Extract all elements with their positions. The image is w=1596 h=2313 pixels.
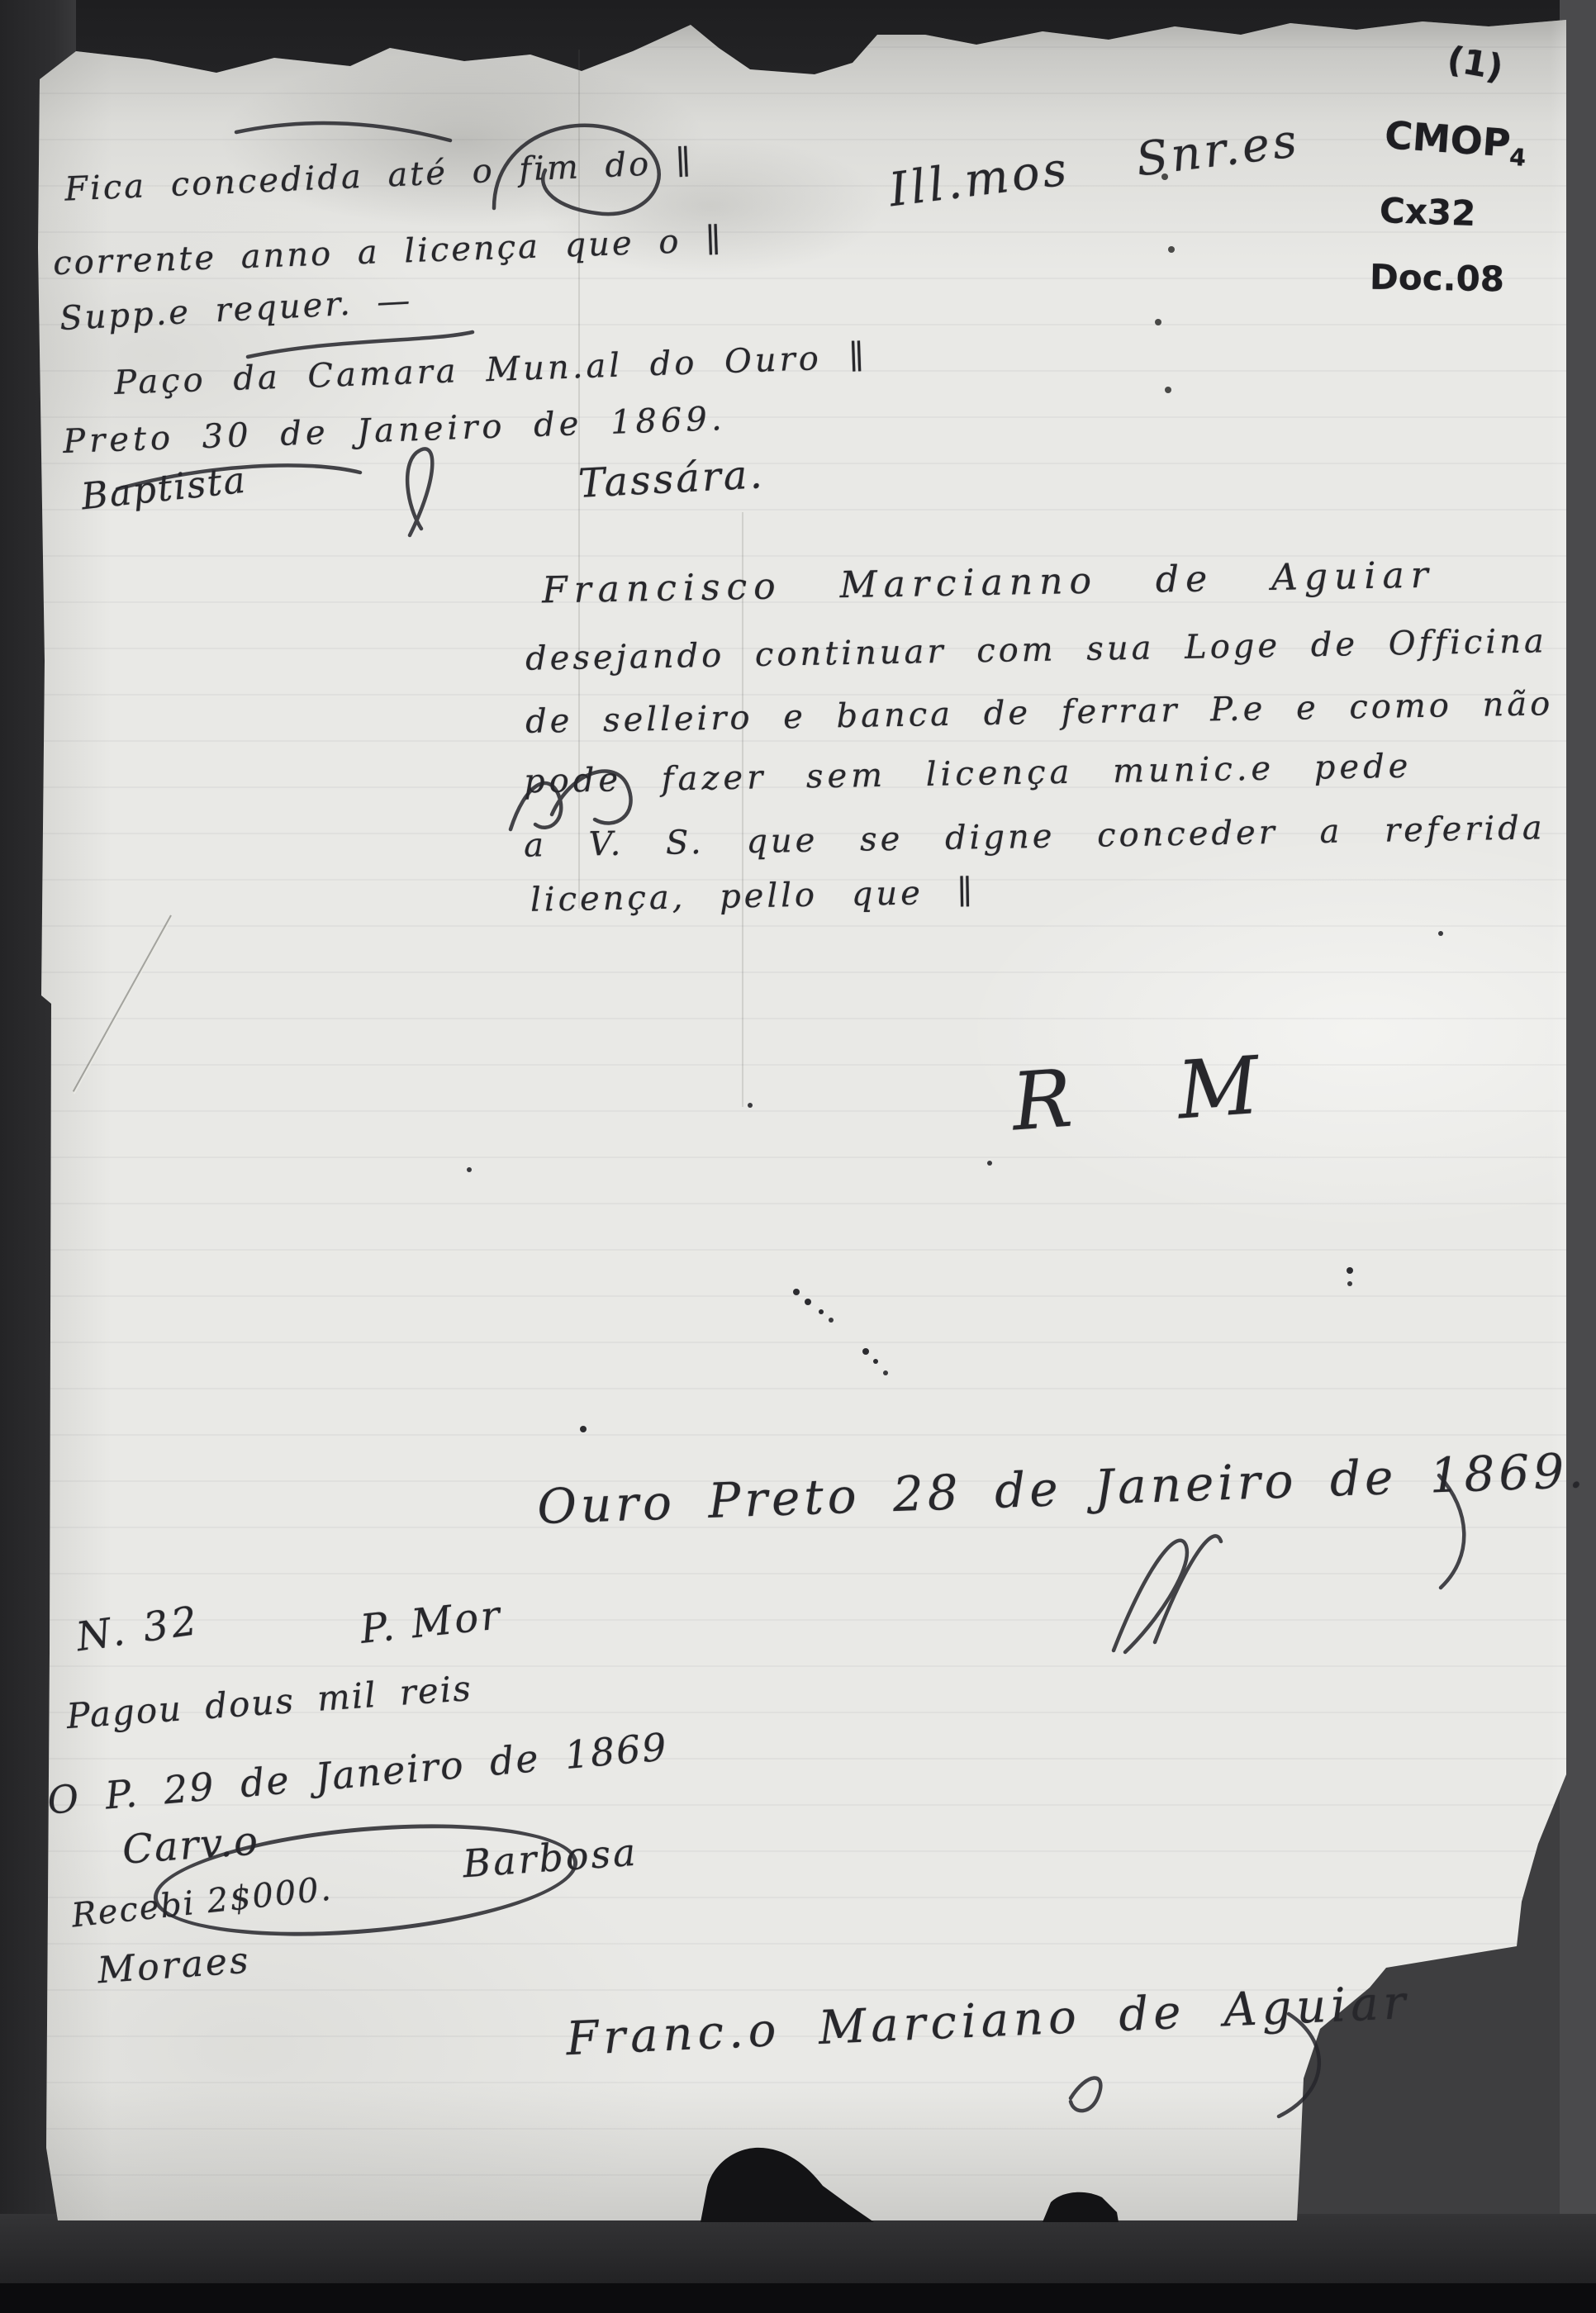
signature-tassara: Tassára. [577,451,766,507]
archive-fond-sub: 4 [1508,144,1527,172]
ink-specks [0,0,3,3]
archive-doc-mark: Doc.08 [1370,257,1505,300]
archive-fond-text: CMOP [1384,112,1513,165]
petition-closing-erm: R M [1009,1039,1265,1149]
archive-box-mark: Cx32 [1379,190,1476,234]
scanned-document-page: Fica concedida até o fim do ∥ corrente a… [0,0,1596,2313]
scanner-background-bottom-bar [0,2283,1596,2313]
archive-fond-mark: CMOP4 [1383,112,1528,172]
petition-line: licença, pello que ∥ [530,873,976,919]
